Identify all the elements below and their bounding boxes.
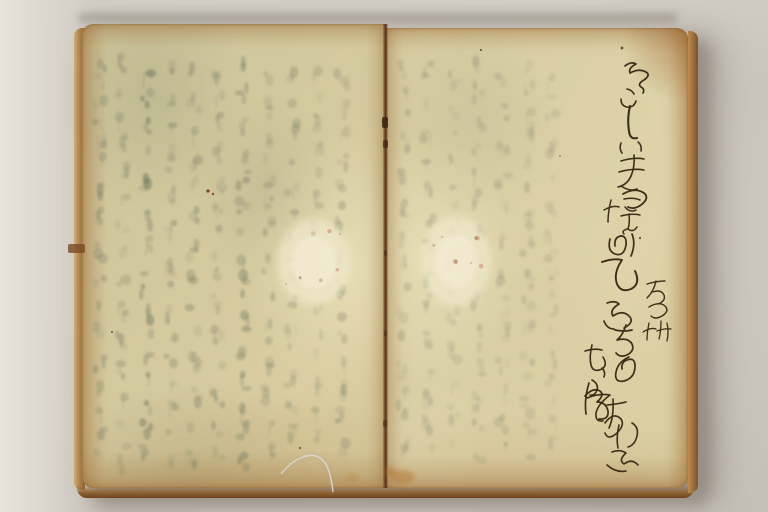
photo-open-japanese-manuscript bbox=[0, 0, 768, 512]
center-binding-gutter bbox=[383, 24, 388, 488]
right-page bbox=[385, 28, 688, 488]
manuscript-book bbox=[74, 22, 698, 498]
fore-edge-right bbox=[688, 31, 698, 493]
left-page bbox=[82, 24, 385, 488]
